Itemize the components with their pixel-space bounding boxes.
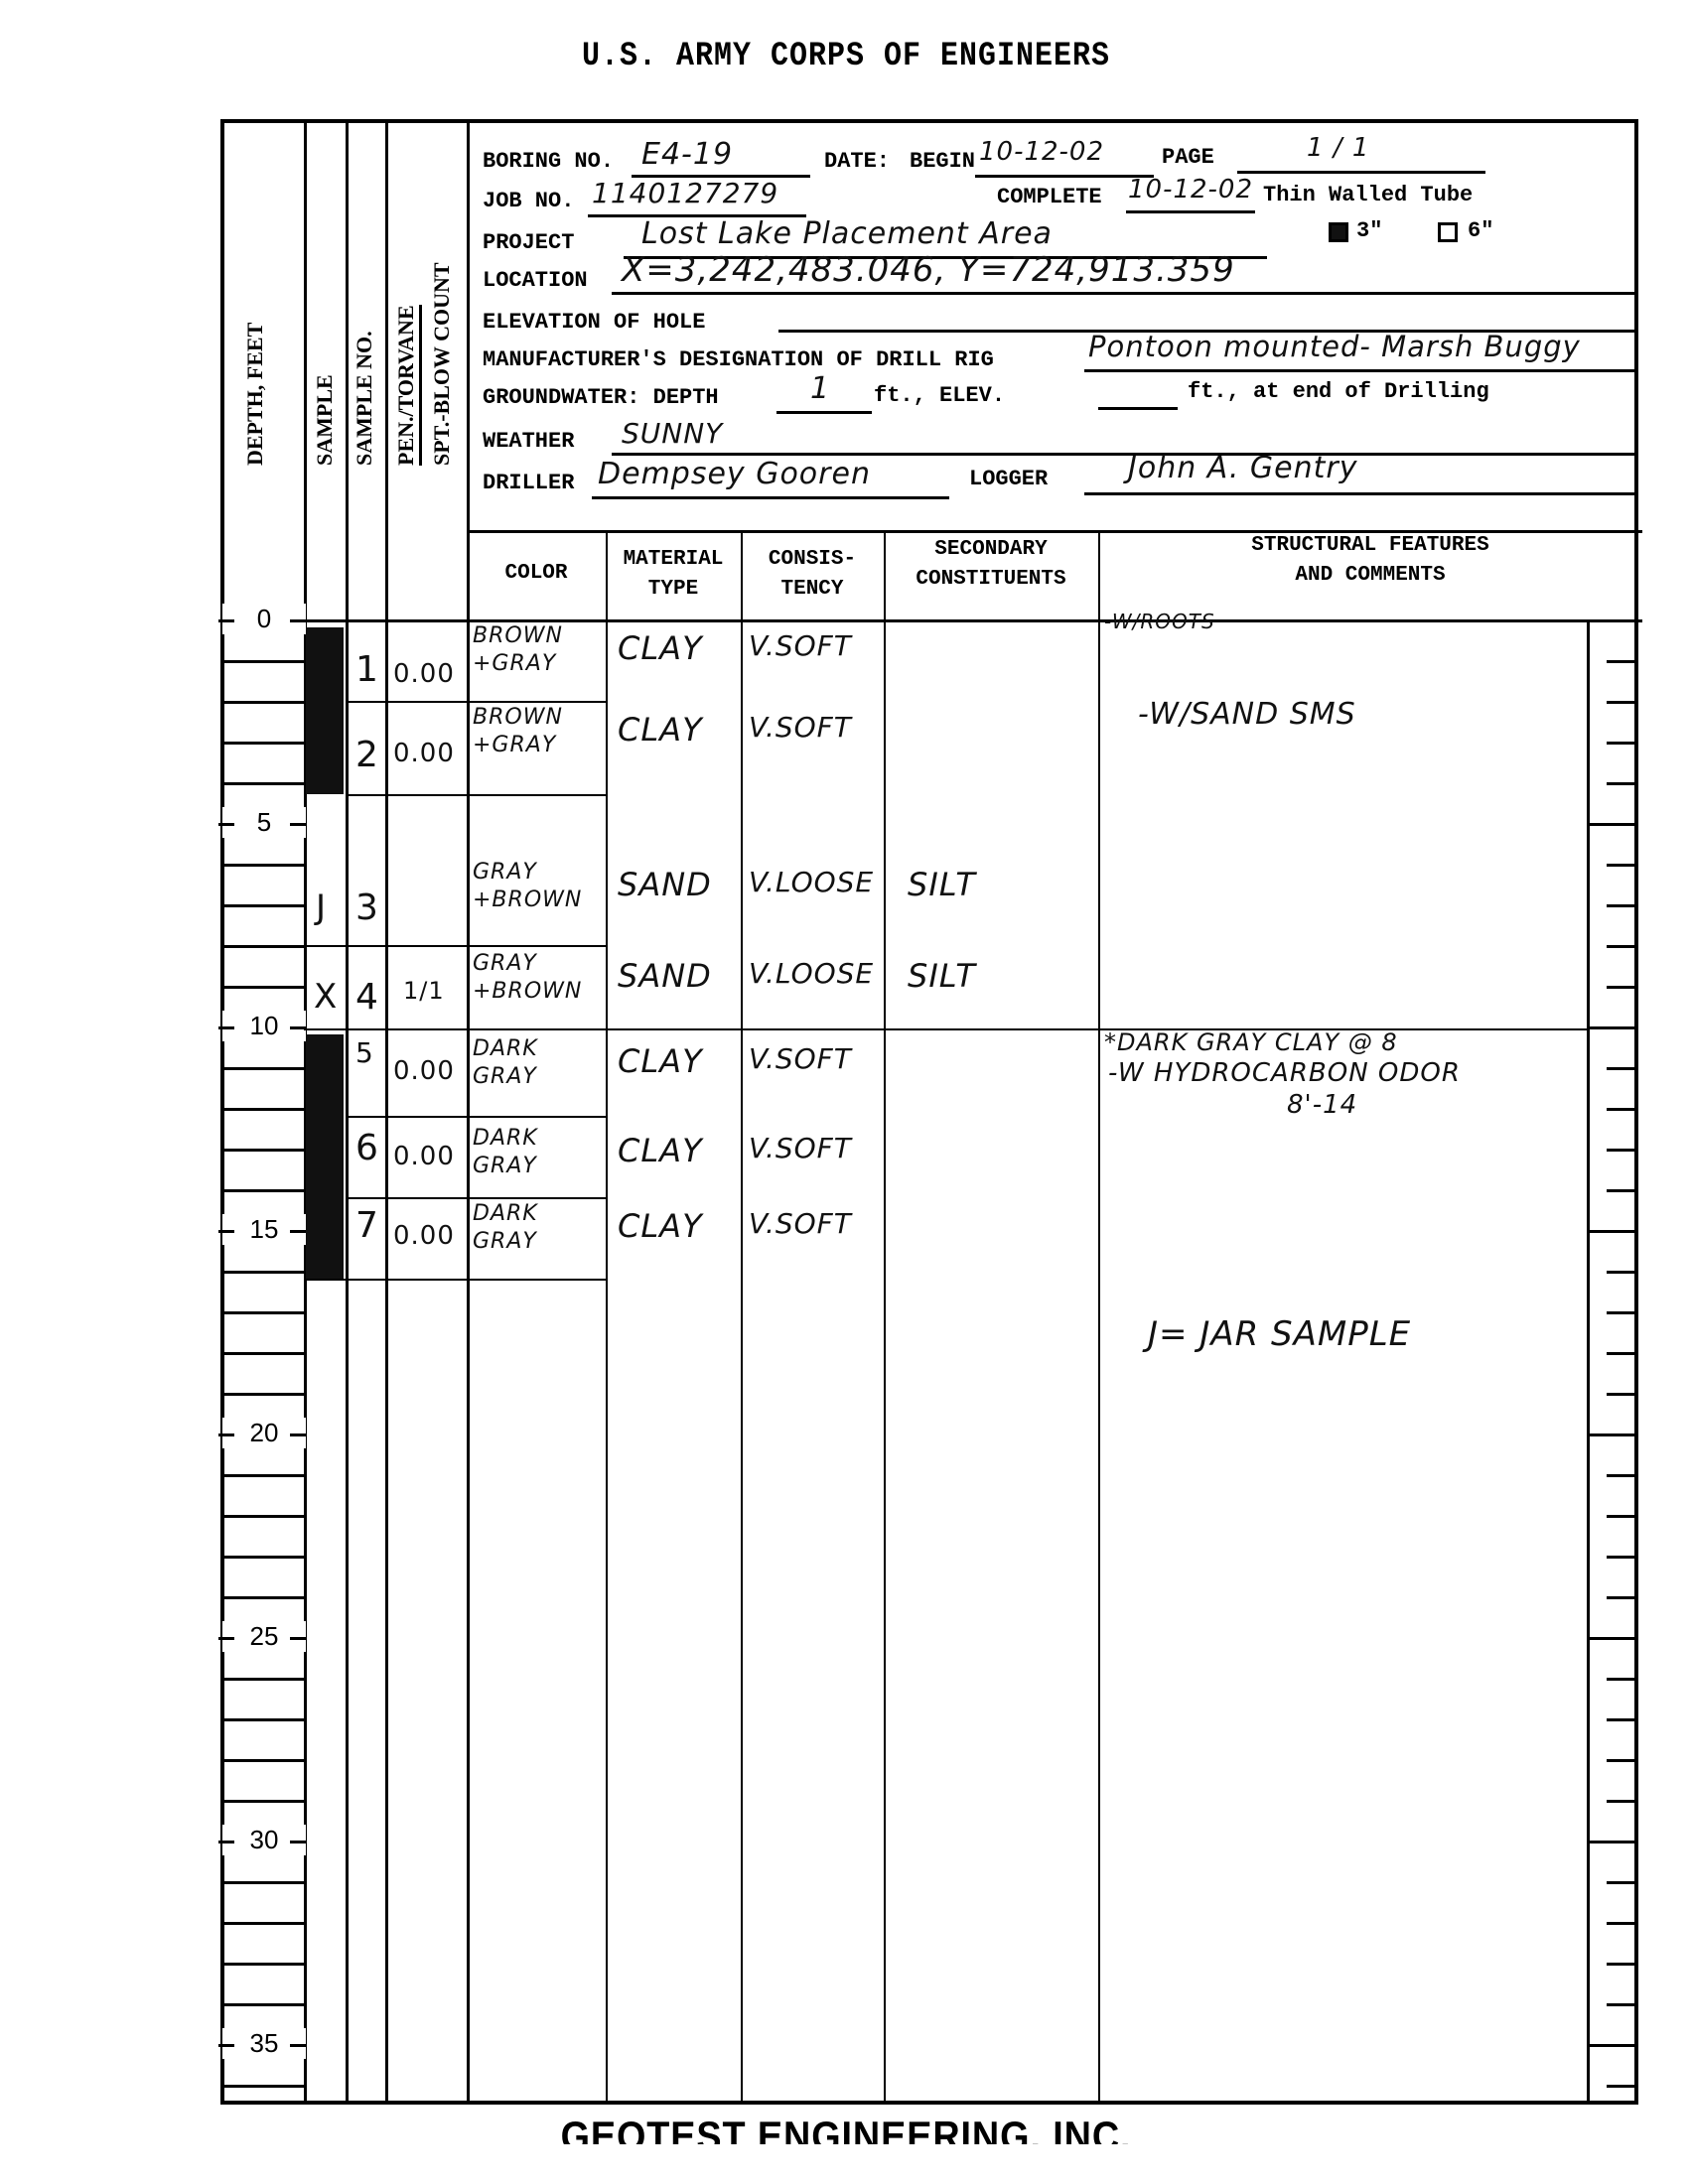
tube-3in-label: 3": [1356, 218, 1382, 243]
right-tick: [1587, 1026, 1638, 1029]
right-tick: [1587, 1637, 1638, 1640]
right-tick: [1607, 1881, 1638, 1884]
material-cell: CLAY: [618, 711, 703, 749]
sample-no-3: 3: [355, 887, 379, 928]
structural-column-header-1: STRUCTURAL FEATURES: [1098, 532, 1642, 560]
depth-gridline: [224, 1474, 304, 1477]
pen-value-4: 1/1: [403, 977, 445, 1005]
depth-tick: [290, 823, 306, 826]
agency-title: U.S. ARMY CORPS OF ENGINEERS: [0, 37, 1692, 75]
comment-sand-seams: -W/SAND SMS: [1138, 697, 1356, 732]
job-no-label: JOB NO.: [483, 189, 574, 213]
consistency-cell: V.LOOSE: [749, 957, 874, 990]
consistency-cell: V.SOFT: [749, 1132, 852, 1164]
sample-no-2: 2: [355, 735, 379, 775]
depth-tick: [218, 1230, 234, 1233]
right-tick: [1607, 1596, 1638, 1599]
begin-label: BEGIN: [910, 149, 975, 174]
depth-gridline: [224, 945, 304, 948]
elevation-label: ELEVATION OF HOLE: [483, 310, 705, 335]
boring-no-label: BORING NO.: [483, 149, 614, 174]
groundwater-elev-underline: [1098, 407, 1178, 410]
divider-sample-no: [385, 123, 388, 2105]
depth-gridline: [224, 986, 304, 989]
location-value[interactable]: X=3,242,483.046, Y=724,913.359: [622, 250, 1235, 290]
right-tick: [1607, 1271, 1638, 1274]
tube-label: Thin Walled Tube: [1263, 183, 1473, 207]
rig-label: MANUFACTURER'S DESIGNATION OF DRILL RIG: [483, 347, 994, 372]
divider-sample: [346, 123, 349, 2105]
comment-dark-gray-3: 8'-14: [1287, 1090, 1357, 1120]
boring-log-form: DEPTH, FEET SAMPLE SAMPLE NO. PEN./TORVA…: [220, 119, 1638, 2105]
color-column-header: COLOR: [467, 560, 606, 588]
depth-gridline: [224, 1108, 304, 1111]
groundwater-label: GROUNDWATER: DEPTH: [483, 385, 719, 410]
date-label: DATE:: [824, 149, 890, 174]
weather-underline: [612, 453, 1634, 456]
right-tick: [1607, 1556, 1638, 1559]
right-tick: [1607, 1189, 1638, 1192]
right-tick: [1607, 1311, 1638, 1314]
right-tick: [1607, 2085, 1638, 2088]
right-tick: [1607, 904, 1638, 907]
right-tick: [1607, 945, 1638, 948]
sample-marker-4: X: [314, 977, 338, 1017]
material-column-header-1: MATERIAL: [606, 546, 741, 574]
comment-dark-gray-1: *DARK GRAY CLAY @ 8: [1104, 1028, 1398, 1056]
sample-marker-3: J: [316, 887, 327, 927]
location-underline: [612, 292, 1634, 295]
project-value[interactable]: Lost Lake Placement Area: [641, 216, 1053, 251]
material-cell: CLAY: [618, 1042, 703, 1080]
right-tick: [1607, 1922, 1638, 1925]
comment-jar-sample-legend: J= JAR SAMPLE: [1148, 1314, 1411, 1354]
right-tick: [1587, 2044, 1638, 2047]
structural-column-header-2: AND COMMENTS: [1098, 562, 1642, 590]
comment-dark-gray-2: -W HYDROCARBON ODOR: [1108, 1058, 1461, 1088]
consistency-cell: V.SOFT: [749, 1207, 852, 1240]
page-underline: [1237, 171, 1485, 174]
depth-tick: [218, 1841, 234, 1843]
depth-gridline: [224, 1963, 304, 1966]
sample-no-7: 7: [355, 1205, 379, 1246]
sample-divider: [304, 1279, 606, 1281]
depth-tick: [290, 1637, 306, 1640]
sample-divider: [304, 945, 606, 947]
right-tick: [1607, 1067, 1638, 1070]
divider-secondary: [1098, 530, 1100, 2105]
right-tick: [1607, 742, 1638, 745]
depth-gridline: [224, 904, 304, 907]
right-tick: [1607, 1759, 1638, 1762]
tube-3in-checkbox[interactable]: [1329, 222, 1348, 242]
color-cell-line-2: +BROWN: [473, 887, 582, 912]
color-cell-line-2: +BROWN: [473, 979, 582, 1004]
sample-no-6: 6: [355, 1128, 379, 1168]
color-cell-line-2: GRAY: [473, 1229, 537, 1254]
pen-value-6: 0.00: [393, 1142, 455, 1171]
divider-pen: [467, 123, 470, 2105]
spt-blow-count-header: SPT.-BLOW COUNT: [429, 262, 455, 466]
groundwater-depth-underline: [776, 411, 872, 414]
depth-gridline: [224, 1311, 304, 1314]
divider-material: [741, 530, 743, 2105]
color-cell-line-1: DARK: [473, 1201, 538, 1226]
right-tick: [1607, 2003, 1638, 2006]
consistency-column-header-1: CONSIS-: [741, 546, 884, 574]
color-cell-line-1: GRAY: [473, 951, 537, 976]
depth-tick: [218, 823, 234, 826]
consistency-column-header-2: TENCY: [741, 576, 884, 604]
right-tick: [1607, 1474, 1638, 1477]
divider-tick-column: [1587, 619, 1590, 2105]
depth-gridline: [224, 1718, 304, 1721]
right-tick: [1607, 1352, 1638, 1355]
complete-underline: [1126, 210, 1255, 213]
depth-gridline: [224, 864, 304, 867]
material-column-header-2: TYPE: [606, 576, 741, 604]
begin-date-value[interactable]: 10-12-02: [979, 137, 1104, 167]
driller-value[interactable]: Dempsey Gooren: [598, 457, 871, 491]
material-cell: SAND: [618, 957, 712, 995]
color-cell-line-1: DARK: [473, 1036, 538, 1061]
consistency-cell: V.SOFT: [749, 629, 852, 662]
pen-torvane-header: PEN./TORVANE: [393, 305, 422, 466]
begin-underline: [975, 175, 1154, 178]
sample-no-5: 5: [355, 1036, 374, 1069]
depth-gridline: [224, 1556, 304, 1559]
page-value[interactable]: 1 / 1: [1307, 133, 1369, 163]
depth-gridline: [224, 1271, 304, 1274]
location-label: LOCATION: [483, 268, 588, 293]
color-cell-line-1: DARK: [473, 1126, 538, 1151]
depth-gridline: [224, 1067, 304, 1070]
depth-gridline: [224, 1515, 304, 1518]
driller-label: DRILLER: [483, 471, 574, 495]
color-cell-line-1: GRAY: [473, 860, 537, 885]
depth-feet-header: DEPTH, FEET: [242, 323, 268, 466]
sample-divider: [346, 794, 606, 796]
depth-tick: [218, 2044, 234, 2047]
right-tick: [1607, 1108, 1638, 1111]
sample-tube-shading-1-2: [306, 627, 344, 794]
secondary-column-header-2: CONSTITUENTS: [884, 566, 1098, 594]
color-cell-line-2: +GRAY: [473, 733, 556, 757]
rig-underline: [1084, 369, 1634, 372]
right-tick: [1587, 1230, 1638, 1233]
right-tick: [1607, 1149, 1638, 1152]
depth-gridline: [224, 1596, 304, 1599]
depth-gridline: [224, 1393, 304, 1396]
depth-gridline: [224, 1189, 304, 1192]
depth-gridline: [224, 1759, 304, 1762]
complete-label: COMPLETE: [997, 185, 1102, 209]
sample-divider: [346, 701, 606, 703]
driller-underline: [592, 496, 949, 499]
end-drilling-label: ft., at end of Drilling: [1188, 379, 1489, 404]
zero-depth-line: [224, 619, 1642, 622]
pen-value-1: 0.00: [393, 659, 455, 689]
secondary-cell: SILT: [908, 957, 976, 995]
depth-tick: [218, 1433, 234, 1436]
depth-gridline: [224, 701, 304, 704]
depth-gridline: [224, 1149, 304, 1152]
material-cell: SAND: [618, 866, 712, 903]
sample-divider: [346, 1116, 606, 1118]
color-cell-line-2: GRAY: [473, 1154, 537, 1178]
sample-tube-shading-5-7: [306, 1034, 344, 1279]
logger-underline: [1084, 492, 1634, 495]
right-tick: [1607, 1963, 1638, 1966]
right-tick: [1607, 701, 1638, 704]
right-tick: [1607, 1678, 1638, 1681]
sample-no-4: 4: [355, 977, 379, 1018]
sample-divider: [346, 1197, 606, 1199]
depth-tick: [290, 1841, 306, 1843]
pen-value-7: 0.00: [393, 1221, 455, 1251]
project-label: PROJECT: [483, 230, 574, 255]
pen-value-2: 0.00: [393, 739, 455, 768]
weather-label: WEATHER: [483, 429, 574, 454]
depth-gridline: [224, 1922, 304, 1925]
depth-gridline: [224, 2003, 304, 2006]
depth-tick: [218, 619, 234, 622]
depth-tick: [218, 1637, 234, 1640]
depth-tick: [290, 619, 306, 622]
rig-value[interactable]: Pontoon mounted- Marsh Buggy: [1088, 330, 1581, 363]
tube-6in-label: 6": [1468, 218, 1493, 243]
right-tick: [1607, 986, 1638, 989]
ft-elev-label: ft., ELEV.: [874, 383, 1005, 408]
depth-gridline: [224, 782, 304, 785]
consistency-cell: V.LOOSE: [749, 866, 874, 898]
depth-tick: [290, 1230, 306, 1233]
depth-tick: [290, 1433, 306, 1436]
depth-tick: [290, 2044, 306, 2047]
color-cell-line-1: BROWN: [473, 705, 563, 730]
material-cell: CLAY: [618, 1132, 703, 1169]
consistency-cell: V.SOFT: [749, 711, 852, 744]
material-cell: CLAY: [618, 1207, 703, 1245]
divider-color: [606, 530, 608, 2105]
depth-gridline: [224, 1800, 304, 1803]
groundwater-depth-value[interactable]: 1: [810, 371, 830, 406]
boring-no-value[interactable]: E4-19: [641, 137, 733, 172]
sample-no-1: 1: [355, 649, 379, 690]
color-cell-line-2: +GRAY: [473, 651, 556, 676]
page-label: PAGE: [1162, 145, 1214, 170]
sample-no-header: SAMPLE NO.: [352, 331, 377, 466]
tube-6in-checkbox[interactable]: [1438, 222, 1458, 242]
color-cell-line-2: GRAY: [473, 1064, 537, 1089]
secondary-cell: SILT: [908, 866, 976, 903]
company-footer: GEOTEST ENGINEERING, INC.: [84, 2113, 1608, 2144]
depth-gridline: [224, 742, 304, 745]
pen-value-5: 0.00: [393, 1056, 455, 1086]
weather-value[interactable]: SUNNY: [622, 417, 723, 450]
depth-gridline: [224, 1678, 304, 1681]
right-tick: [1587, 1433, 1638, 1436]
depth-gridline: [224, 660, 304, 663]
complete-date-value[interactable]: 10-12-02: [1128, 175, 1253, 205]
right-tick: [1607, 1718, 1638, 1721]
divider-consistency: [884, 530, 886, 2105]
right-tick: [1587, 823, 1638, 826]
right-tick: [1607, 782, 1638, 785]
job-no-value[interactable]: 1140127279: [592, 177, 778, 209]
consistency-cell: V.SOFT: [749, 1042, 852, 1075]
color-cell-line-1: BROWN: [473, 623, 563, 648]
right-tick: [1607, 1800, 1638, 1803]
right-tick: [1587, 1841, 1638, 1843]
depth-gridline: [224, 1881, 304, 1884]
sample-header: SAMPLE: [312, 374, 338, 466]
logger-label: LOGGER: [969, 467, 1048, 491]
right-tick: [1607, 864, 1638, 867]
material-cell: CLAY: [618, 629, 703, 667]
logger-value[interactable]: John A. Gentry: [1128, 451, 1358, 485]
depth-gridline: [224, 2085, 304, 2088]
comment-roots: -W/ROOTS: [1104, 610, 1215, 633]
secondary-column-header-1: SECONDARY: [884, 536, 1098, 564]
right-tick: [1607, 660, 1638, 663]
right-tick: [1607, 1393, 1638, 1396]
depth-tick: [218, 1026, 234, 1029]
right-tick: [1607, 1515, 1638, 1518]
depth-gridline: [224, 1352, 304, 1355]
